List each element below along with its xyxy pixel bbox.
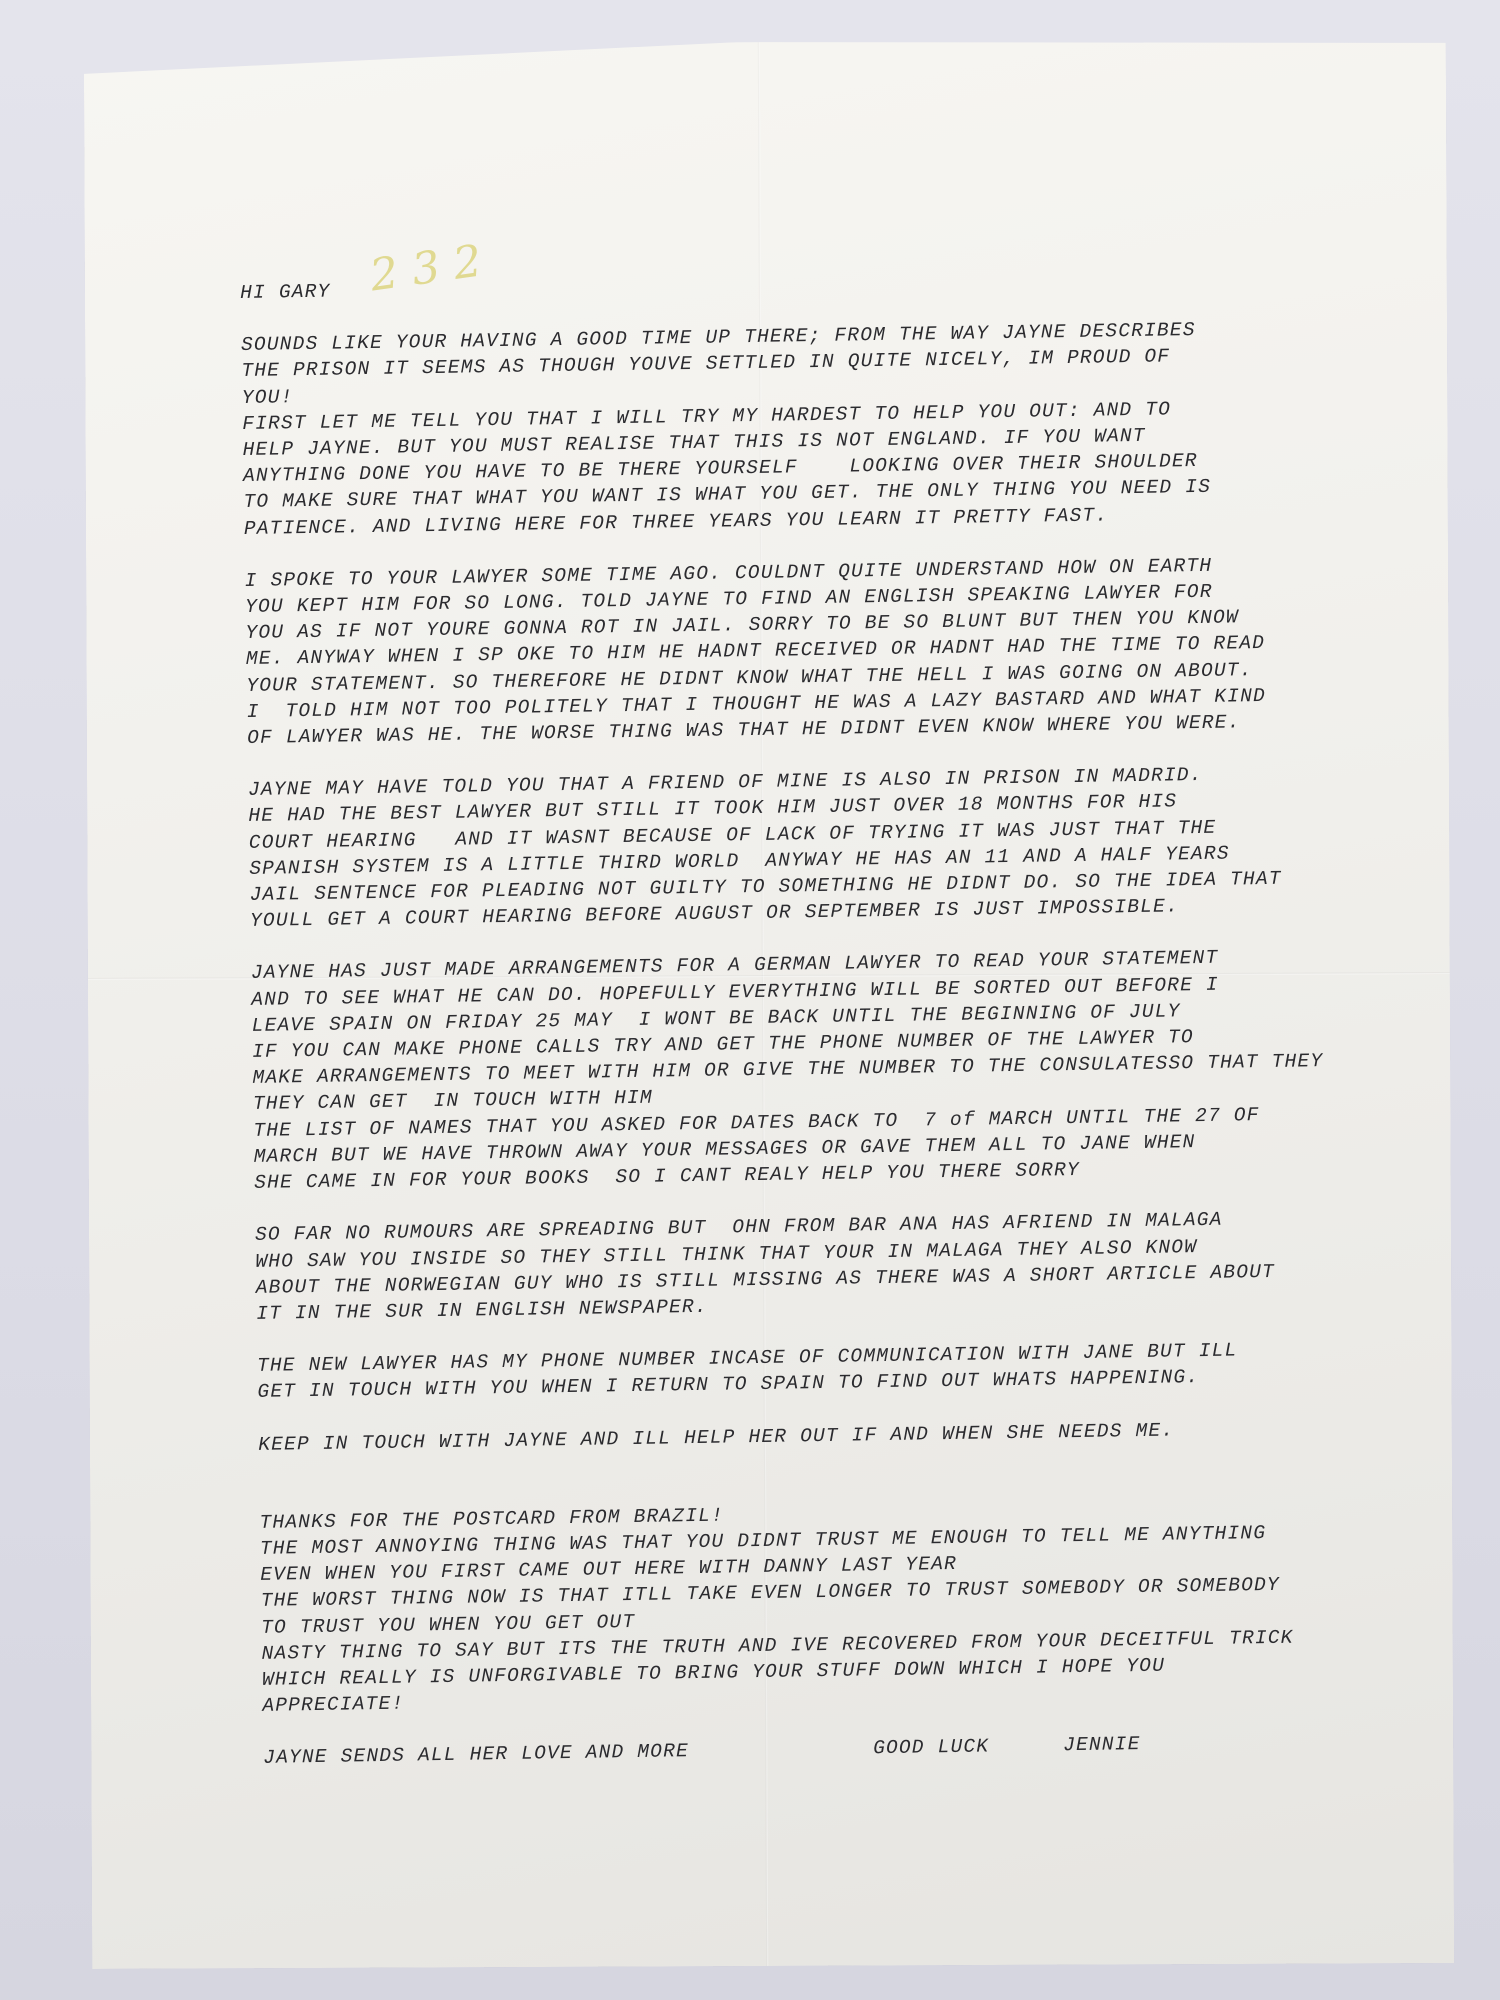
letter-body: HI GARY SOUNDS LIKE YOUR HAVING A GOOD T… bbox=[240, 262, 1393, 1771]
letter-paragraph: JAYNE MAY HAVE TOLD YOU THAT A FRIEND OF… bbox=[248, 759, 1380, 934]
letter-paragraph: SOUNDS LIKE YOUR HAVING A GOOD TIME UP T… bbox=[241, 314, 1374, 541]
letter-paragraph: SO FAR NO RUMOURS ARE SPREADING BUT OHN … bbox=[255, 1204, 1387, 1327]
letter-paragraph: I SPOKE TO YOUR LAWYER SOME TIME AGO. CO… bbox=[245, 550, 1378, 751]
closing-wish: GOOD LUCK bbox=[873, 1733, 1063, 1762]
signature: JENNIE bbox=[1063, 1731, 1141, 1758]
letter-paragraph: JAYNE HAS JUST MADE ARRANGEMENTS FOR A G… bbox=[251, 943, 1385, 1197]
letter-paragraphs: SOUNDS LIKE YOUR HAVING A GOOD TIME UP T… bbox=[241, 314, 1393, 1719]
letter-paragraph: THANKS FOR THE POSTCARD FROM BRAZIL!THE … bbox=[259, 1492, 1392, 1719]
